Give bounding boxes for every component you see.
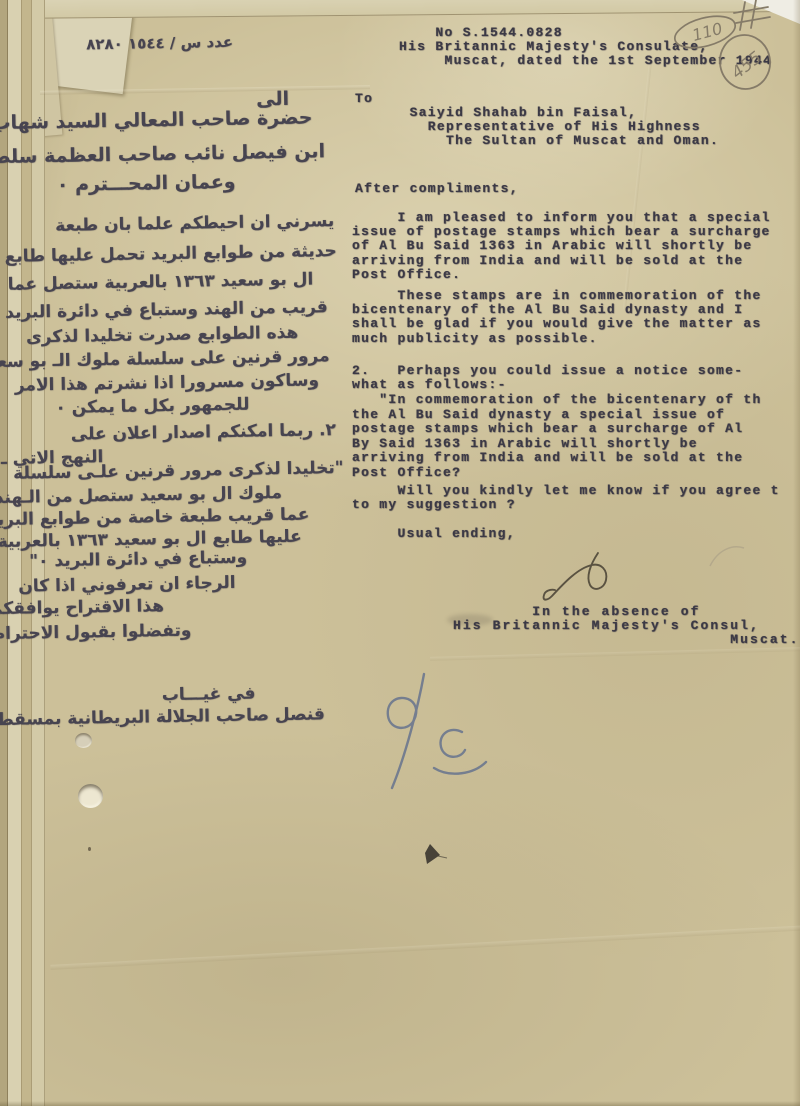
arabic-line: ٢. ربما امكنكم اصدار اعلان على (71, 420, 336, 445)
arabic-line: مرور قرنين على سلسلة ملوك الـ بو سعيد (0, 346, 330, 372)
recipient-block: Saiyid Shahab bin Faisal, Representative… (355, 106, 719, 149)
arabic-letter-column: عدد س / ١٥٤٤ ٨٢٨٠ الى حضرة صاحب المعالي … (0, 0, 800, 1106)
ink-speck (88, 847, 91, 851)
arabic-line: هذه الطوابع صدرت تخليدا لذكرى (26, 323, 298, 348)
arabic-line: وعمان المحـــترم ٠ (57, 171, 236, 196)
arabic-line: للجمهور بكل ما يمكن ٠ (55, 395, 249, 418)
signature-squiggle (528, 543, 628, 605)
paragraph-2: These stamps are in commemoration of the… (352, 289, 762, 346)
paragraph-3: 2. Perhaps you could issue a notice some… (352, 364, 743, 392)
quoted-notice: "In commemoration of the bicentenary of … (352, 393, 762, 480)
binding-edge-strip (8, 0, 22, 1106)
paragraph-4: Will you kindly let me know if you agree… (352, 484, 780, 512)
signoff-block: In the absence of His Britannic Majesty'… (453, 605, 800, 648)
arabic-line: الرجاء ان تعرفوني اذا كان (18, 573, 236, 597)
punch-hole-top (75, 733, 92, 748)
blue-ink-initials-mark (358, 662, 498, 802)
binding-edge-strip (22, 0, 32, 1106)
paper-crease (50, 925, 800, 970)
arabic-line: وستباع في دائرة البريد ٠" (29, 548, 247, 572)
arabic-line: "تخليدا لذكرى مرور قرنين علـى سلسلة (13, 458, 344, 484)
arabic-line: وساكون مسرورا اذا نشرتم هذا الامر (15, 370, 320, 395)
scanned-letter-page: عدد س / ١٥٤٤ ٨٢٨٠ الى حضرة صاحب المعالي … (0, 0, 800, 1106)
arabic-line: يسرني ان احيطكم علما بان طبعة (55, 211, 334, 236)
pencil-circled-number-455: 455 (714, 30, 776, 94)
arabic-line: قريب من الهند وستباع في دائرة البريد (5, 297, 328, 323)
paragraph-1: I am pleased to inform you that a specia… (352, 211, 771, 282)
arabic-line: ال بو سعيد ١٣٦٣ بالعربية ستصل عما (7, 269, 313, 294)
salutation: After compliments, (355, 182, 519, 196)
closing-line: Usual ending, (352, 527, 516, 541)
arabic-line: عما قريب طبعة خاصة من طوابع البريد (0, 505, 309, 531)
binding-edge-strip (0, 0, 8, 1106)
binding-edge-strip (32, 0, 45, 1106)
right-edge-shadow (793, 0, 800, 1106)
ink-blot (418, 842, 450, 870)
faint-pencil-stroke (708, 542, 748, 570)
arabic-signoff-line: قنصل صاحب الجلالة البريطانية بمسقط٠ (0, 704, 325, 730)
arabic-line: الى (256, 88, 289, 111)
arabic-line: ابن فيصل نائب صاحب العظمة سلطان مسقط (0, 140, 325, 169)
arabic-signoff-line: في غيـــاب (162, 684, 256, 706)
bottom-edge-shadow (0, 1101, 800, 1106)
arabic-line: حديثة من طوابع البريد تحمل عليها طابع (4, 241, 336, 267)
arabic-line: عليها طابع ال بو سعيد ١٣٦٣ بالعربية (0, 527, 302, 552)
punch-hole-bottom (78, 784, 103, 808)
paper-crease (430, 647, 800, 661)
svg-text:455: 455 (728, 48, 766, 84)
